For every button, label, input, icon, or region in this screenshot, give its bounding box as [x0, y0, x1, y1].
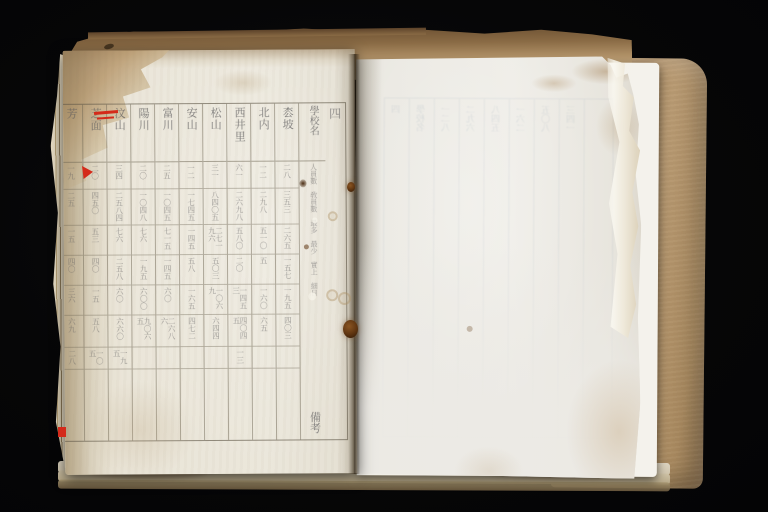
cell-value: 二〇	[91, 163, 98, 180]
table-cell: 一九五	[109, 347, 132, 369]
table-cell: 一〇五	[85, 348, 108, 370]
table-cell: 四	[325, 103, 347, 439]
cell-value: 四〇	[92, 256, 99, 273]
cell-value: 一九	[67, 163, 74, 180]
photo-of-archival-ledger: 四學校名一二八二九六八四五一六二五〇八三四一 四 學校名	[0, 0, 768, 512]
table-cell	[277, 346, 300, 368]
cell-value: 二〇	[236, 255, 243, 272]
table-cell: 陽川	[131, 104, 154, 162]
table-cell: 五一〇	[252, 225, 275, 255]
table-data-columns: 枩坡二八三五三二六五一五七一九五四〇三北内一二二九八五一〇五一六〇六五西井里六一…	[63, 103, 300, 440]
cell-value: 七六	[140, 225, 147, 242]
rust-spot	[347, 182, 355, 192]
cell-value: 六六〇	[116, 316, 123, 341]
table-cell: 七一五	[156, 225, 179, 255]
cell-value: 二七一九六	[208, 225, 222, 254]
cell-value: 五八	[92, 316, 99, 333]
cell-value: 一〇四五	[163, 189, 170, 221]
place-name: 北内	[257, 104, 268, 131]
cell-value: 一九五	[140, 255, 147, 280]
cell-value: 一四五	[164, 255, 171, 280]
table-cell: 安山	[179, 104, 202, 162]
cell-value: 一二	[259, 162, 266, 179]
dark-spot	[299, 179, 306, 187]
cell-value: 五八	[188, 255, 195, 272]
table-cell: 一四五	[156, 255, 179, 285]
table-cell	[133, 347, 156, 369]
corner-number-label: 四	[327, 103, 344, 119]
place-name: 汶山	[113, 105, 124, 132]
table-cell: 六五	[252, 315, 275, 347]
table-cell: 二九八	[252, 189, 275, 225]
table-cell: 一〇四八	[132, 189, 155, 225]
table-cell: 五八〇	[228, 225, 251, 255]
cell-value: 四七二	[188, 315, 195, 340]
table-cell: 五八	[180, 255, 203, 285]
cell-value: 一九五	[284, 285, 291, 310]
table-cell: 四〇三	[276, 314, 299, 346]
cell-value: 二六五	[284, 225, 291, 250]
cell-value: 三五三	[283, 189, 290, 214]
sub-field-labels: 人員數 敎員數 最多 最少 實上 細目	[309, 161, 316, 296]
cell-value: 六四四	[212, 315, 219, 340]
cell-value: 六〇	[116, 286, 123, 303]
table-cell: 一九	[63, 163, 83, 190]
table-cell: 四〇四五	[228, 315, 251, 347]
stain	[85, 380, 196, 475]
table-cell: 枩坡	[275, 103, 298, 161]
table-column: 芝面二〇四五〇五三四〇一五五八一〇五	[82, 105, 108, 441]
cell-value: 一九五	[113, 348, 127, 369]
table-cell: 一九五	[276, 284, 299, 314]
table-cell: 五三	[84, 226, 107, 256]
cell-value: 六〇〇	[140, 285, 147, 310]
table-cell: 四七二	[180, 315, 203, 347]
cell-value: 七六	[116, 226, 123, 243]
table-cell	[181, 369, 204, 440]
table-cell: 松山	[203, 104, 226, 162]
table-cell	[157, 347, 180, 369]
table-cell: 一二	[251, 162, 274, 189]
cell-value: 一七四五	[187, 189, 194, 221]
table-cell: 九〇六五	[132, 315, 155, 347]
table-cell: 一六五	[180, 285, 203, 315]
table-column: 芳一九二五一五四〇三六六九二八	[63, 105, 84, 441]
table-cell: 三六	[63, 286, 84, 316]
table-margin-column: 四	[325, 103, 347, 439]
table-cell: 二五八四	[108, 189, 131, 225]
table-column: 汶山三四二五八四七六二五八六〇六六〇一九五	[106, 104, 132, 440]
cell-value: 四五〇	[91, 190, 98, 215]
table-cell: 學校名	[299, 103, 325, 161]
cell-value: 二八	[68, 348, 75, 365]
cell-value: 一五	[68, 226, 75, 243]
table-cell	[157, 369, 180, 440]
table-cell: 一〇四五	[156, 189, 179, 225]
cell-value: 五	[260, 255, 267, 265]
table-column: 富川二五一〇四五七一五一四五六〇二六八六	[154, 104, 180, 440]
table-cell: 一〇六九	[204, 285, 227, 315]
table-cell: 四五〇	[84, 190, 107, 226]
speck	[467, 326, 473, 332]
cell-value: 七一五	[164, 225, 171, 250]
cell-value: 九〇六五	[137, 315, 151, 346]
cell-value: 四〇四五	[233, 315, 247, 346]
table-cell: 二〇	[228, 255, 251, 285]
table-cell: 二六五	[276, 224, 299, 254]
cell-value: 一〇五	[89, 348, 103, 369]
red-annotation-mark	[58, 427, 66, 437]
cell-value: 五一〇	[260, 225, 267, 250]
cell-value: 一五	[92, 286, 99, 303]
table-cell: 三五三	[276, 188, 299, 224]
table-cell: 一五七	[276, 254, 299, 284]
remarks-field-label: 備考	[308, 411, 319, 439]
cell-value: 三六	[68, 286, 75, 303]
school-name-field-label: 學校名	[307, 103, 317, 135]
table-cell	[277, 368, 300, 439]
cell-value: 二五	[67, 190, 74, 207]
cell-value: 一四五	[188, 225, 195, 250]
cell-value: 二六九八	[235, 189, 242, 221]
dark-spot	[304, 244, 309, 249]
cell-value: 一五七	[284, 255, 291, 280]
table-cell: 五八	[84, 316, 107, 348]
cell-value: 一〇四八	[139, 189, 146, 221]
table-column: 安山一二一七四五一四五五八一六五四七二	[178, 104, 204, 440]
table-cell: 六〇〇	[132, 285, 155, 315]
table-cell: 一四五	[180, 225, 203, 255]
table-cell: 二〇	[131, 162, 154, 189]
cell-value: 六〇	[164, 285, 171, 302]
table-cell: 六一	[227, 162, 250, 189]
cell-value: 四〇三	[284, 315, 291, 340]
table-cell: 二六八六	[156, 315, 179, 347]
cell-value: 六九	[68, 316, 75, 333]
cell-value: 二九八	[259, 189, 266, 214]
table-cell: 二八	[63, 348, 84, 370]
table-cell: 七六	[132, 225, 155, 255]
table-cell	[109, 369, 132, 440]
table-cell: 二五八	[108, 255, 131, 285]
place-name: 芳	[65, 105, 76, 120]
table-cell: 富川	[155, 104, 178, 162]
gutter-fold	[348, 54, 360, 474]
place-name: 西井里	[233, 104, 244, 143]
cell-value: 二六八六	[161, 315, 175, 346]
table-cell: 二六九八	[228, 189, 251, 225]
table-cell: 一三	[229, 347, 252, 369]
damaged-corner	[63, 49, 178, 193]
white-fleck	[312, 217, 318, 223]
place-name: 富川	[161, 104, 172, 131]
table-cell: 一五	[63, 226, 83, 256]
table-field-column: 學校名 人員數 敎員數 最多 最少 實上 細目 備考	[298, 103, 327, 439]
cell-value: 五三	[92, 226, 99, 243]
table-cell	[181, 347, 204, 369]
table-column: 枩坡二八三五三二六五一五七一九五四〇三	[274, 103, 300, 439]
table-cell: 四〇	[63, 256, 83, 286]
table-cell: 二五	[63, 190, 83, 226]
stain-ring	[338, 292, 351, 305]
table-cell: 五	[252, 255, 275, 285]
table-cell: 一九五	[132, 255, 155, 285]
table-cell	[133, 369, 156, 440]
table-cell: 六六〇	[108, 315, 131, 347]
table-cell: 五〇三	[204, 255, 227, 285]
table-cell: 一七四五	[180, 189, 203, 225]
cell-value: 一六五	[188, 285, 195, 310]
page-edge-shadow	[58, 480, 670, 492]
table-cell: 一六〇	[252, 285, 275, 315]
table-cell: 西井里	[227, 104, 250, 162]
stain-ring	[326, 289, 338, 301]
cell-value: 八四〇五	[211, 189, 218, 221]
table-cell: 二七一九六	[204, 225, 227, 255]
table-cell: 六九	[63, 316, 84, 348]
table-cell: 七六	[108, 225, 131, 255]
table-cell: 北内	[251, 104, 274, 162]
right-page: 四學校名一二八二九六八四五一六二五〇八三四一	[354, 55, 642, 478]
table-cell	[205, 347, 228, 369]
cell-value: 一四五三	[233, 285, 247, 314]
cell-value: 五八〇	[236, 225, 243, 250]
table-cell	[85, 370, 108, 441]
cell-value: 一二	[187, 162, 194, 179]
table-cell: 人員數 敎員數 最多 最少 實上 細目 備考	[299, 161, 327, 439]
cell-value: 五〇三	[212, 255, 219, 280]
table-cell: 四〇	[84, 256, 107, 286]
place-name: 松山	[209, 104, 220, 131]
rust-spot	[343, 320, 358, 338]
ledger-table: 四 學校名 人員數 敎員數 最多 最少 實上 細目 備考 枩坡二八三五三二六五一…	[63, 102, 348, 442]
table-cell	[229, 369, 252, 440]
cell-value: 二八	[283, 162, 290, 179]
table-cell: 二五	[155, 162, 178, 189]
page-curve-shadow	[63, 51, 112, 475]
cell-value: 一三	[236, 347, 243, 364]
place-name: 枩坡	[281, 103, 292, 130]
table-cell: 芳	[63, 105, 83, 163]
table-cell: 六〇	[108, 285, 131, 315]
stain	[213, 70, 273, 96]
table-cell: 一五	[84, 286, 107, 316]
place-name: 安山	[185, 104, 196, 131]
top-edge-smudge	[63, 49, 355, 69]
cell-value: 三一	[211, 162, 218, 179]
table-column: 西井里六一二六九八五八〇二〇一四五三四〇四五一三	[226, 104, 252, 440]
cell-value: 六五	[260, 315, 267, 332]
table-cell: 八四〇五	[204, 189, 227, 225]
table-column: 北内一二二九八五一〇五一六〇六五	[250, 104, 276, 440]
stain	[531, 74, 577, 92]
cell-value: 二〇	[139, 162, 146, 179]
cell-value: 二五	[163, 162, 170, 179]
table-cell	[205, 369, 228, 440]
table-cell: 三一	[203, 162, 226, 189]
table-cell: 三四	[107, 162, 130, 189]
table-column: 陽川二〇一〇四八七六一九五六〇〇九〇六五	[130, 104, 156, 440]
table-cell: 一四五三	[228, 285, 251, 315]
place-name: 陽川	[137, 104, 148, 131]
table-cell	[253, 347, 276, 369]
stain-ring	[328, 211, 338, 221]
table-cell: 六〇	[156, 285, 179, 315]
cell-value: 一〇六九	[209, 285, 223, 314]
cell-value: 三四	[115, 163, 122, 180]
white-fleck	[308, 292, 316, 300]
table-cell: 一二	[179, 162, 202, 189]
cell-value: 二五八	[116, 256, 123, 281]
cell-value: 一六〇	[260, 285, 267, 310]
table-cell: 二八	[275, 161, 298, 188]
cell-value: 六一	[235, 162, 242, 179]
table-column: 松山三一八四〇五二七一九六五〇三一〇六九六四四	[202, 104, 228, 440]
table-cell: 六四四	[204, 315, 227, 347]
table-cell	[253, 369, 276, 440]
cell-value: 四〇	[68, 256, 75, 273]
cell-value: 二五八四	[115, 190, 122, 222]
